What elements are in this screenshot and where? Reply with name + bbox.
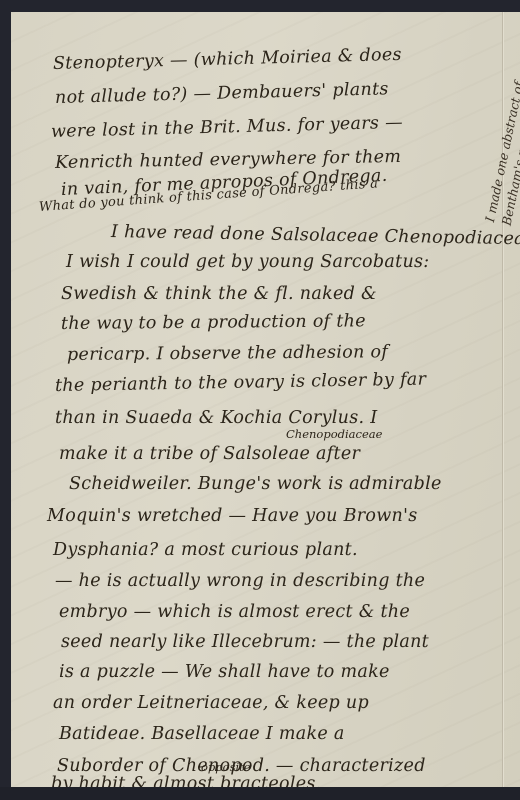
letter-line-21: is a puzzle — We shall have to make (59, 662, 390, 682)
scan-background-strip (0, 787, 520, 800)
interlinear-insertion-chenopodiaceae: Chenopodiaceae (286, 427, 382, 441)
letter-line-9: Swedish & think the & fl. naked & (61, 284, 377, 304)
letter-line-1: Stenopteryx — (which Moiriea & does (53, 45, 402, 74)
letter-line-12: the perianth to the ovary is closer by f… (55, 370, 427, 396)
letter-line-19: embryo — which is almost erect & the (59, 602, 410, 622)
letter-line-2: not allude to?) — Dembauers' plants (55, 79, 389, 108)
letter-line-18: — he is actually wrong in describing the (55, 571, 425, 591)
interlinear-insertion-opposite: opposite (201, 760, 251, 774)
letter-line-20: seed nearly like Illecebrum: — the plant (61, 632, 429, 652)
letter-line-23: Batideae. Basellaceae I make a (59, 724, 345, 744)
letter-line-10: the way to be a production of the (61, 311, 366, 334)
letter-line-14: make it a tribe of Salsoleae after (59, 444, 360, 464)
margin-note: I made one abstract of Bentham's paper. (481, 80, 520, 227)
letter-line-25: by habit & almost bracteoles. (51, 774, 322, 787)
letter-line-13: than in Suaeda & Kochia Corylus. I (55, 408, 377, 428)
letter-line-22: an order Leitneriaceae, & keep up (53, 693, 369, 713)
letter-line-15: Scheidweiler. Bunge's work is admirable (69, 474, 442, 494)
letter-line-8: I wish I could get by young Sarcobatus: (66, 252, 430, 272)
letter-line-3: were lost in the Brit. Mus. for years — (51, 113, 403, 142)
letter-line-7: I have read done Salsolaceae Chenopodiac… (111, 222, 520, 249)
letter-line-11: pericarp. I observe the adhesion of (67, 342, 388, 365)
letter-line-17: Dysphania? a most curious plant. (53, 540, 358, 560)
letter-page: Stenopteryx — (which Moiriea & does not … (11, 12, 520, 787)
letter-line-16: Moquin's wretched — Have you Brown's (47, 506, 418, 526)
